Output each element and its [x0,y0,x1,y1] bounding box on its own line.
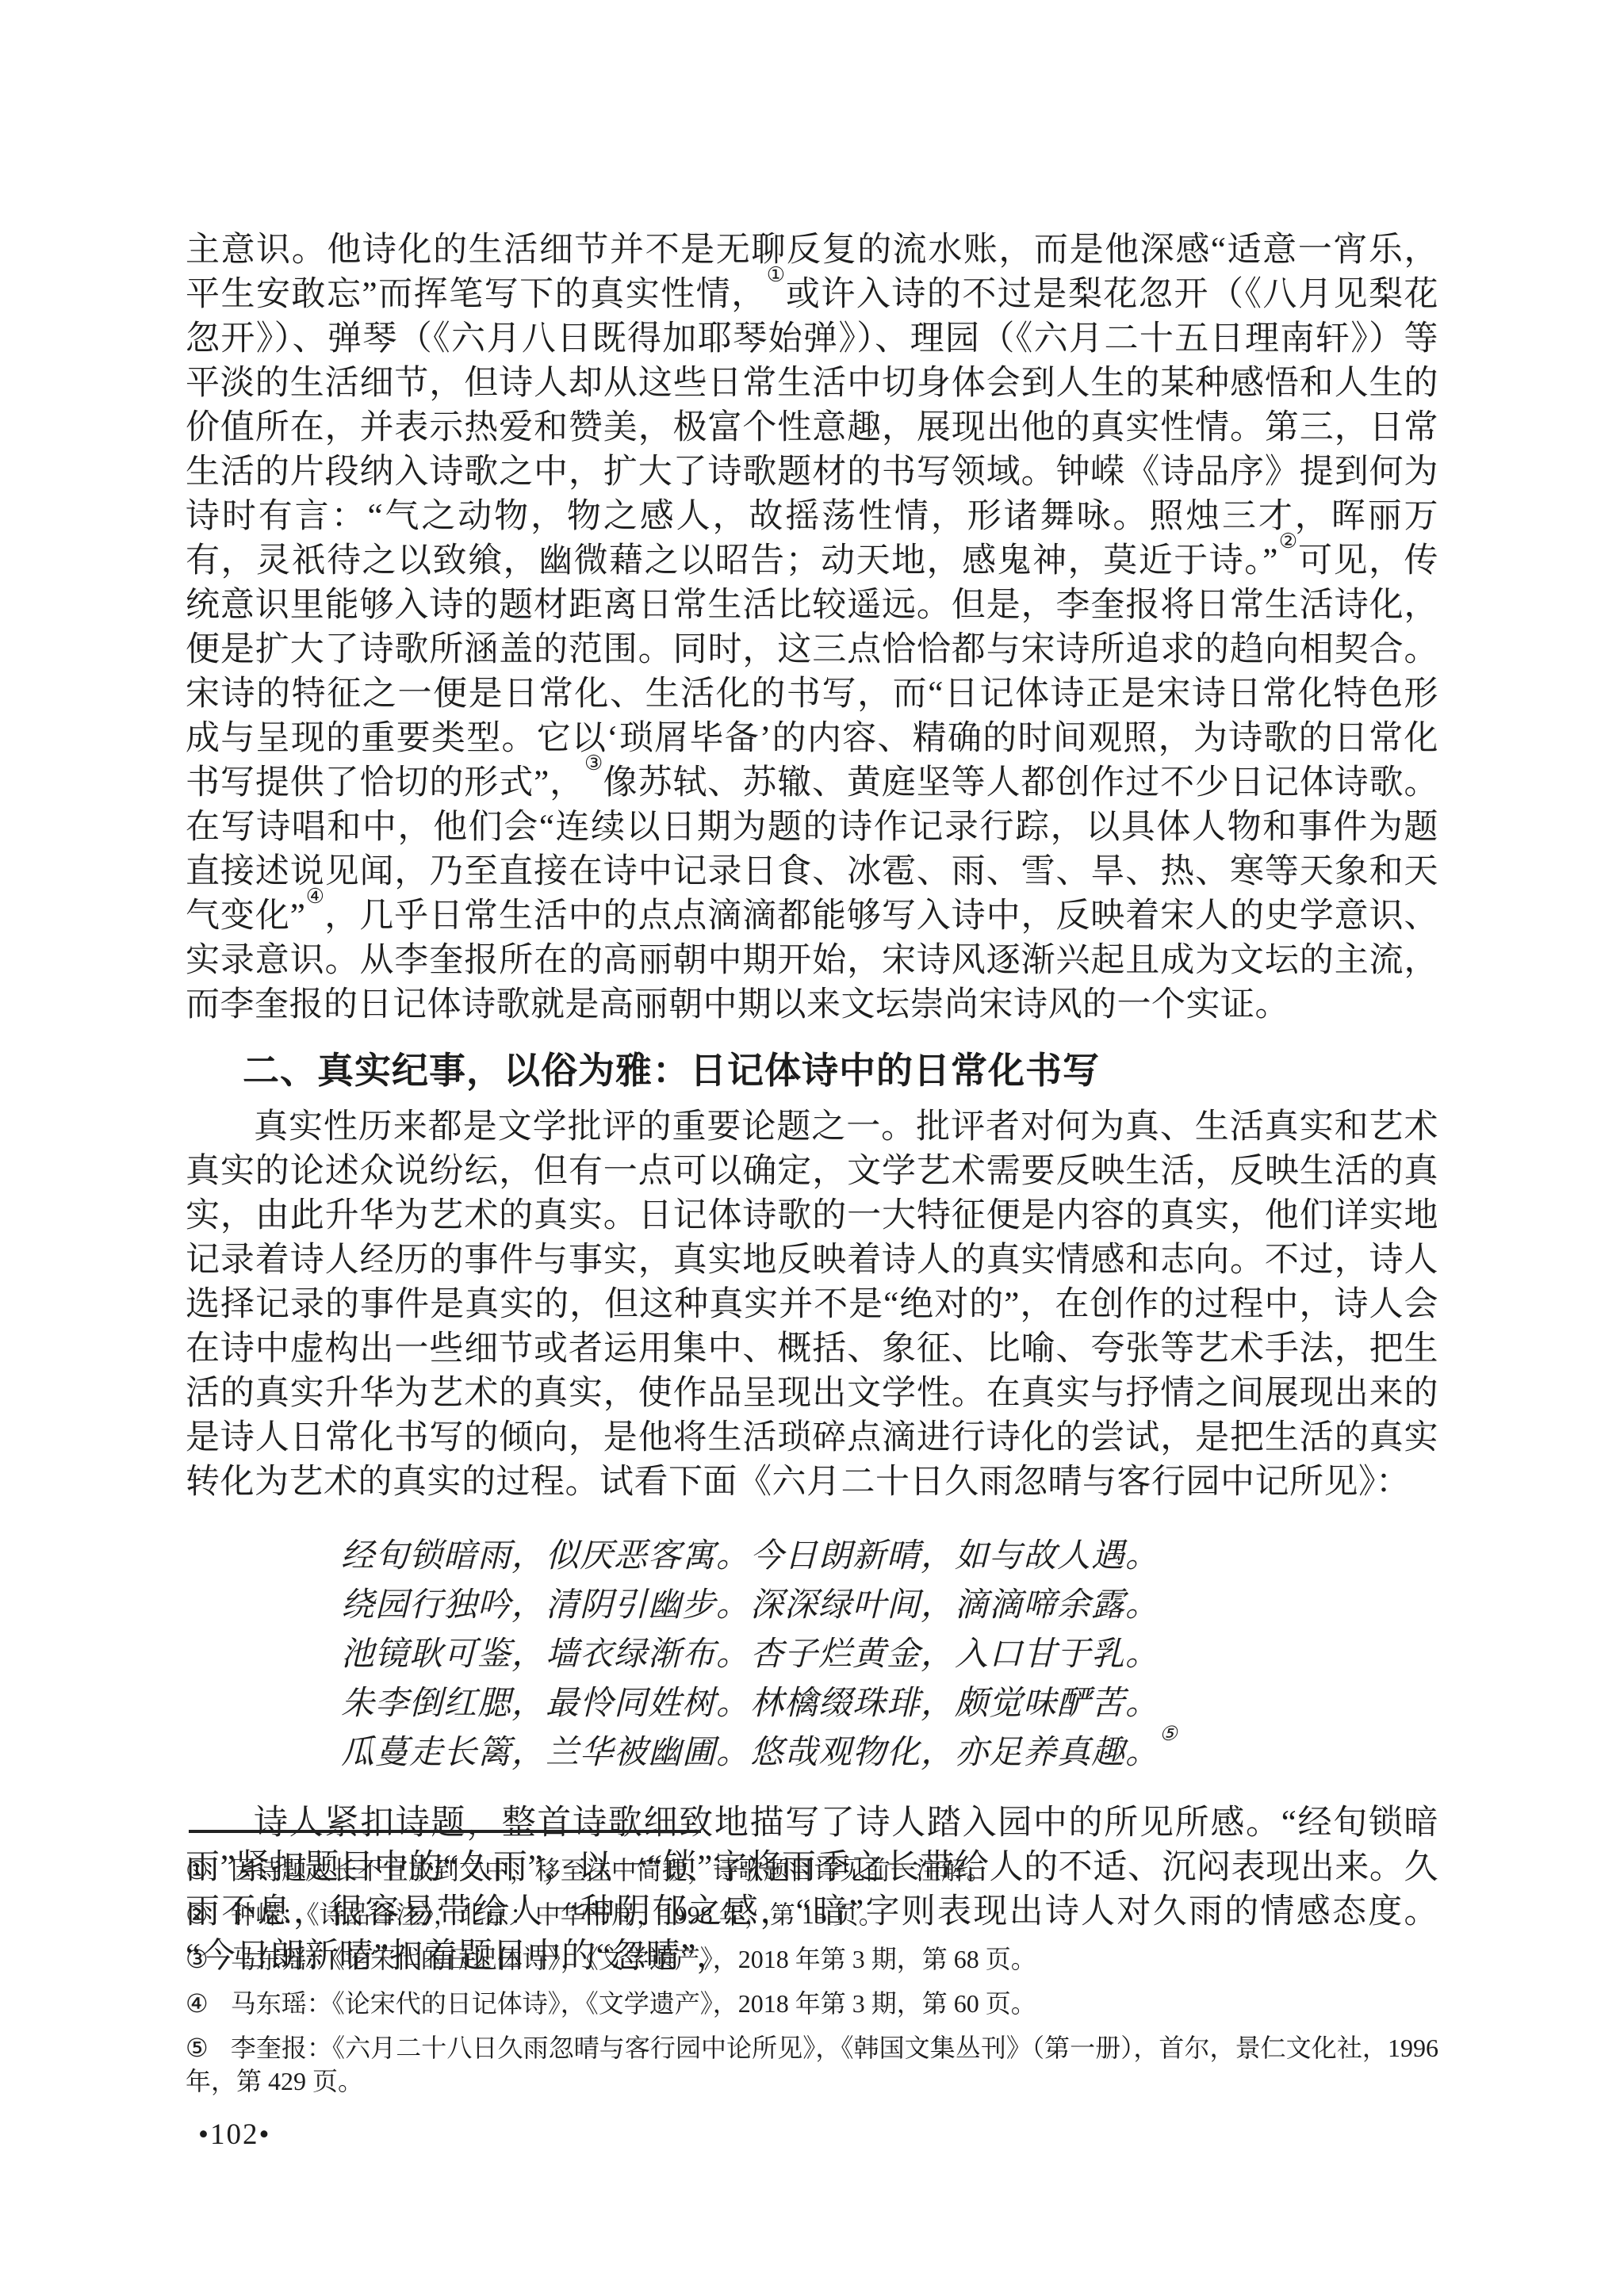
footnote-ref: ① [767,263,786,286]
footnotes-section: ①因诗题太长不宜放到文中，移至注中简提，诗歌题目详见前一注解。②钟嵘：《诗品译注… [186,1830,1438,2109]
poem-line: 池镜耿可鉴，墙衣绿渐布。杏子烂黄金，入口甘于乳。 [341,1630,1438,1679]
poem-line: 经旬锁暗雨，似厌恶客寓。今日朗新晴，如与故人遇。 [341,1532,1438,1581]
footnote-ref: ④ [305,885,324,908]
footnote-separator [189,1830,701,1833]
paper-page: 主意识。他诗化的生活细节并不是无聊反复的流水账，而是他深感“适意一宵乐，平生安敢… [0,0,1624,2296]
poem-block: 经旬锁暗雨，似厌恶客寓。今日朗新晴，如与故人遇。绕园行独吟，清阴引幽步。深深绿叶… [186,1532,1438,1777]
paragraph-2: 真实性历来都是文学批评的重要论题之一。批评者对何为真、生活真实和艺术真实的论述众… [186,1105,1438,1505]
footnote-ref: ② [1278,530,1298,553]
footnote-marker: ③ [186,1942,209,1976]
paragraph-continuation: 主意识。他诗化的生活细节并不是无聊反复的流水账，而是他深感“适意一宵乐，平生安敢… [186,228,1438,1027]
poem-line: 朱李倒红腮，最怜同姓树。林檎缀珠琲，颇觉味酽苦。 [341,1679,1438,1728]
page-content: 主意识。他诗化的生活细节并不是无聊反复的流水账，而是他深感“适意一宵乐，平生安敢… [186,228,1438,1979]
footnote-item: ②钟嵘：《诗品译注》，北京：中华书局，1998 年，第 15 页。 [186,1898,1438,1931]
footnote-item: ⑤李奎报：《六月二十八日久雨忽晴与客行园中论所见》，《韩国文集丛刊》（第一册），… [186,2031,1438,2098]
page-number: •102• [198,2118,270,2152]
footnote-marker: ② [186,1898,209,1931]
section-heading: 二、真实纪事，以俗为雅：日记体诗中的日常化书写 [186,1048,1438,1093]
footnote-marker: ⑤ [186,2031,209,2064]
footnote-ref: ③ [584,752,603,775]
footnote-item: ①因诗题太长不宜放到文中，移至注中简提，诗歌题目详见前一注解。 [186,1854,1438,1887]
footnote-marker: ① [186,1854,209,1887]
footnote-list: ①因诗题太长不宜放到文中，移至注中简提，诗歌题目详见前一注解。②钟嵘：《诗品译注… [186,1854,1438,2098]
poem-line: 绕园行独吟，清阴引幽步。深深绿叶间，滴滴啼余露。 [341,1581,1438,1630]
footnote-item: ④马东瑶：《论宋代的日记体诗》，《文学遗产》，2018 年第 3 期，第 60 … [186,1987,1438,2020]
footnote-marker: ④ [186,1987,209,2020]
poem-line: 瓜蔓走长篱，兰华被幽圃。悠哉观物化，亦足养真趣。⑤ [341,1728,1438,1777]
footnote-item: ③马东瑶：《论宋代的日记体诗》，《文学遗产》，2018 年第 3 期，第 68 … [186,1942,1438,1976]
footnote-ref: ⑤ [1159,1724,1178,1745]
